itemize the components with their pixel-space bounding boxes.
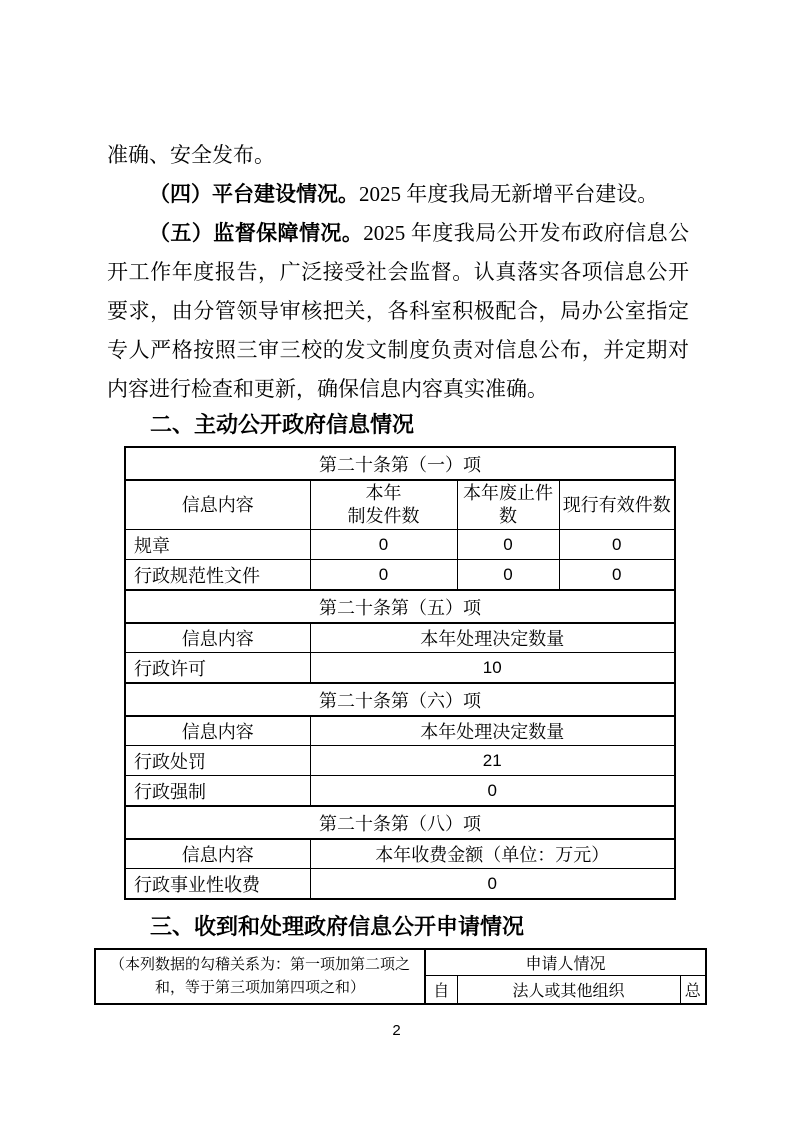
row-value: 0 xyxy=(457,560,559,591)
paragraph-continuation-text: 准确、安全发布。 xyxy=(107,143,275,167)
page-number: 2 xyxy=(0,1022,793,1039)
table-row-part2-header: 信息内容 本年处理决定数量 xyxy=(125,623,675,653)
paragraph-platform-lead: （四）平台建设情况。 xyxy=(149,182,359,206)
row-label: 行政许可 xyxy=(125,653,310,684)
row-value: 0 xyxy=(559,560,675,591)
document-page-content: 准确、安全发布。 （四）平台建设情况。2025 年度我局无新增平台建设。 （五）… xyxy=(107,136,689,1005)
row-value: 0 xyxy=(310,869,675,900)
row-label: 行政处罚 xyxy=(125,746,310,776)
row-label: 行政强制 xyxy=(125,776,310,807)
row-label: 规章 xyxy=(125,530,310,560)
part1-header-abolished: 本年废止件 数 xyxy=(457,480,559,530)
row-value: 21 xyxy=(310,746,675,776)
part2-header-content: 信息内容 xyxy=(125,623,310,653)
paragraph-continuation: 准确、安全发布。 xyxy=(107,136,689,175)
row-value: 0 xyxy=(310,776,675,807)
col-legal-entity: 法人或其他组织 xyxy=(457,976,680,1005)
col-natural-person: 自 xyxy=(425,976,457,1005)
table-row-part1-title: 第二十条第（一）项 xyxy=(125,447,675,480)
row-value: 0 xyxy=(310,560,457,591)
part3-header-content: 信息内容 xyxy=(125,716,310,746)
table-row-administrative-penalty: 行政处罚 21 xyxy=(125,746,675,776)
paragraph-platform: （四）平台建设情况。2025 年度我局无新增平台建设。 xyxy=(107,175,689,214)
table-row-regulations: 规章 0 0 0 xyxy=(125,530,675,560)
section-3-heading: 三、收到和处理政府信息公开申请情况 xyxy=(150,913,689,941)
row-value: 0 xyxy=(310,530,457,560)
table-row-part4-header: 信息内容 本年收费金额（单位：万元） xyxy=(125,839,675,869)
table-row-part3-header: 信息内容 本年处理决定数量 xyxy=(125,716,675,746)
row-value: 0 xyxy=(559,530,675,560)
row-value: 0 xyxy=(457,530,559,560)
paragraph-platform-text: 2025 年度我局无新增平台建设。 xyxy=(359,182,658,206)
table-row-administrative-license: 行政许可 10 xyxy=(125,653,675,684)
table-row-part2-title: 第二十条第（五）项 xyxy=(125,590,675,623)
applications-table: （本列数据的勾稽关系为：第一项加第二项之 和，等于第三项加第四项之和） 申请人情… xyxy=(94,948,707,1005)
part4-header-value: 本年收费金额（单位：万元） xyxy=(310,839,675,869)
paragraph-supervision: （五）监督保障情况。2025 年度我局公开发布政府信息公开工作年度报告，广泛接受… xyxy=(107,214,689,409)
table-row-part1-header: 信息内容 本年 制发件数 本年废止件 数 现行有效件数 xyxy=(125,480,675,530)
part3-title: 第二十条第（六）项 xyxy=(125,683,675,716)
table-row-normative-documents: 行政规范性文件 0 0 0 xyxy=(125,560,675,591)
table-row-administrative-coercion: 行政强制 0 xyxy=(125,776,675,807)
part1-header-issued: 本年 制发件数 xyxy=(310,480,457,530)
part2-header-value: 本年处理决定数量 xyxy=(310,623,675,653)
row-label: 行政规范性文件 xyxy=(125,560,310,591)
part1-header-effective: 现行有效件数 xyxy=(559,480,675,530)
section-2-heading: 二、主动公开政府信息情况 xyxy=(150,411,689,439)
part4-header-content: 信息内容 xyxy=(125,839,310,869)
part3-header-value: 本年处理决定数量 xyxy=(310,716,675,746)
reconciliation-note: （本列数据的勾稽关系为：第一项加第二项之 和，等于第三项加第四项之和） xyxy=(95,949,425,1004)
paragraph-supervision-lead: （五）监督保障情况。 xyxy=(149,221,363,245)
part1-title: 第二十条第（一）项 xyxy=(125,447,675,480)
applications-header-row: （本列数据的勾稽关系为：第一项加第二项之 和，等于第三项加第四项之和） 申请人情… xyxy=(95,949,706,976)
part1-header-content: 信息内容 xyxy=(125,480,310,530)
active-disclosure-table: 第二十条第（一）项 信息内容 本年 制发件数 本年废止件 数 现行有效件数 规章… xyxy=(124,446,676,900)
table-row-part4-title: 第二十条第（八）项 xyxy=(125,806,675,839)
col-total: 总 xyxy=(680,976,706,1005)
table-row-part3-title: 第二十条第（六）项 xyxy=(125,683,675,716)
applicant-situation-header: 申请人情况 xyxy=(425,949,706,976)
part4-title: 第二十条第（八）项 xyxy=(125,806,675,839)
row-value: 10 xyxy=(310,653,675,684)
row-label: 行政事业性收费 xyxy=(125,869,310,900)
part2-title: 第二十条第（五）项 xyxy=(125,590,675,623)
paragraph-supervision-text: 2025 年度我局公开发布政府信息公开工作年度报告，广泛接受社会监督。认真落实各… xyxy=(107,221,689,401)
table-row-administrative-fees: 行政事业性收费 0 xyxy=(125,869,675,900)
